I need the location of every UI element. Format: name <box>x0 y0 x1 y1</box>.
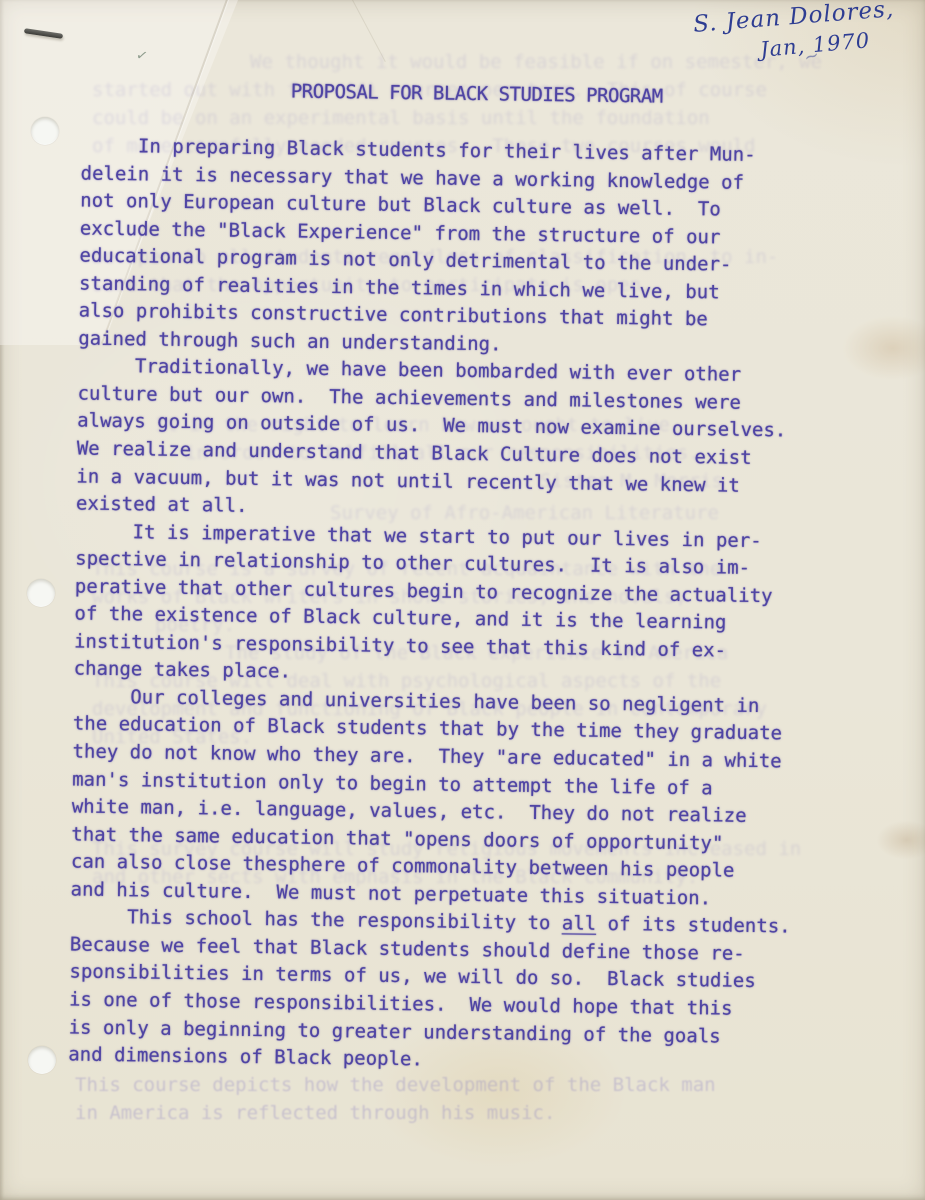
staple-icon <box>24 28 63 39</box>
crease-line-small <box>352 0 386 62</box>
hole-punch-middle <box>27 579 55 607</box>
document-body: In preparing Black students for their li… <box>68 133 871 1081</box>
ghost-text-fragment: We thought it would be feasible if on se… <box>250 49 822 77</box>
hole-punch-bottom <box>28 1046 56 1074</box>
typed-text-block: PROPOSAL FOR BLACK STUDIES PROGRAM In pr… <box>68 77 872 1081</box>
ghost-text-fragment: in America is reflected through his musi… <box>75 1100 555 1128</box>
scanned-document-page: We thought it would be feasible if on se… <box>0 0 925 1200</box>
hole-punch-top <box>31 117 59 145</box>
pen-tick-icon: ✓ <box>134 47 149 65</box>
document-title: PROPOSAL FOR BLACK STUDIES PROGRAM <box>82 77 872 112</box>
